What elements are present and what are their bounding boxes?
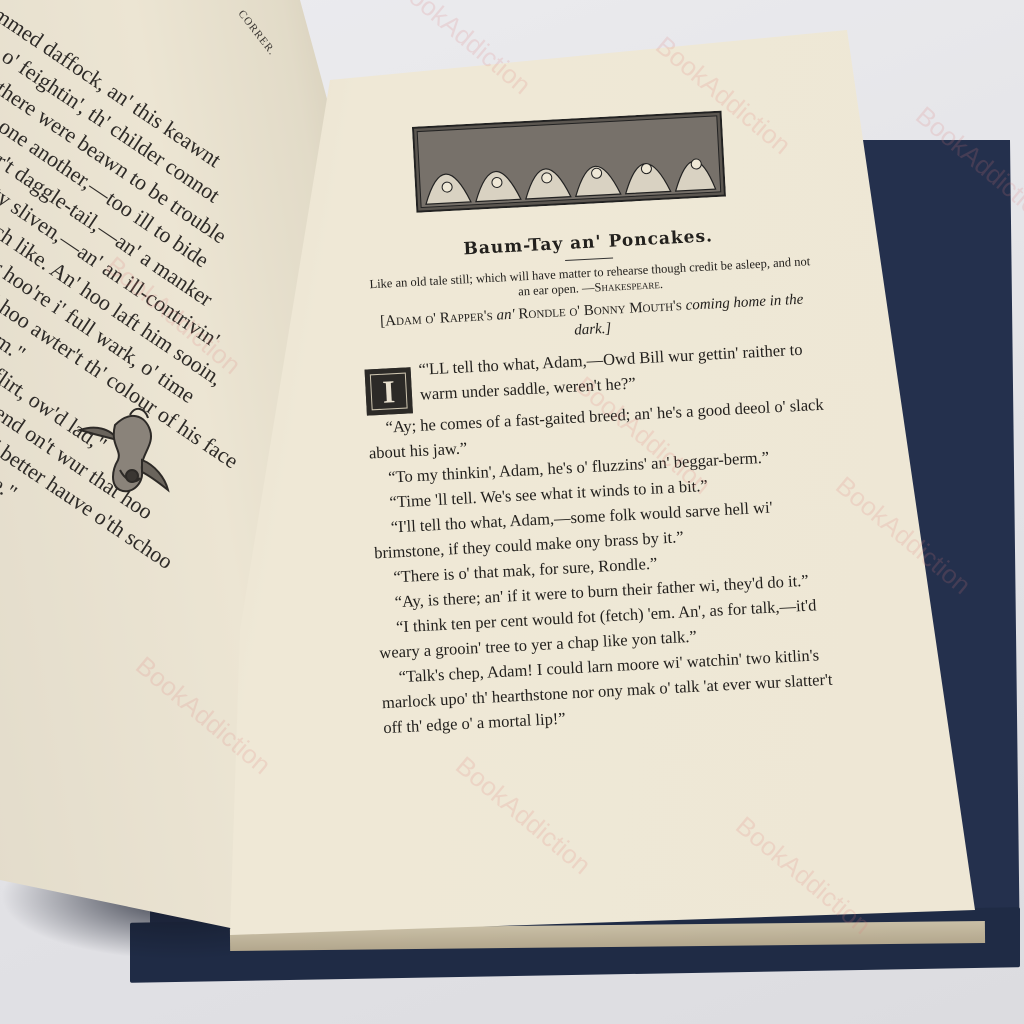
right-page-content: Baum-Tay an' Poncakes. Like an old tale … [352, 106, 843, 740]
running-head: CORRER. [236, 8, 279, 58]
stage-direction-part: [Adam o' Rapper's [380, 308, 493, 330]
left-page-text: ...mmed daffock, an' this keawnt ...ate … [0, 0, 272, 445]
drop-cap: I [365, 367, 413, 415]
stage-direction-part: Rondle o' Bonny Mouth's [518, 298, 682, 323]
dragon-ornament-icon [70, 400, 180, 510]
drop-cap-letter: I [370, 373, 408, 411]
title-rule [565, 258, 613, 262]
epigraph-attribution: —Shakespeare. [582, 277, 664, 295]
stage-direction-part: an' [496, 307, 515, 324]
dialogue-body: I “'LL tell tho what, Adam,—Owd Bill wur… [364, 336, 843, 741]
floral-headpiece-icon [412, 111, 726, 213]
